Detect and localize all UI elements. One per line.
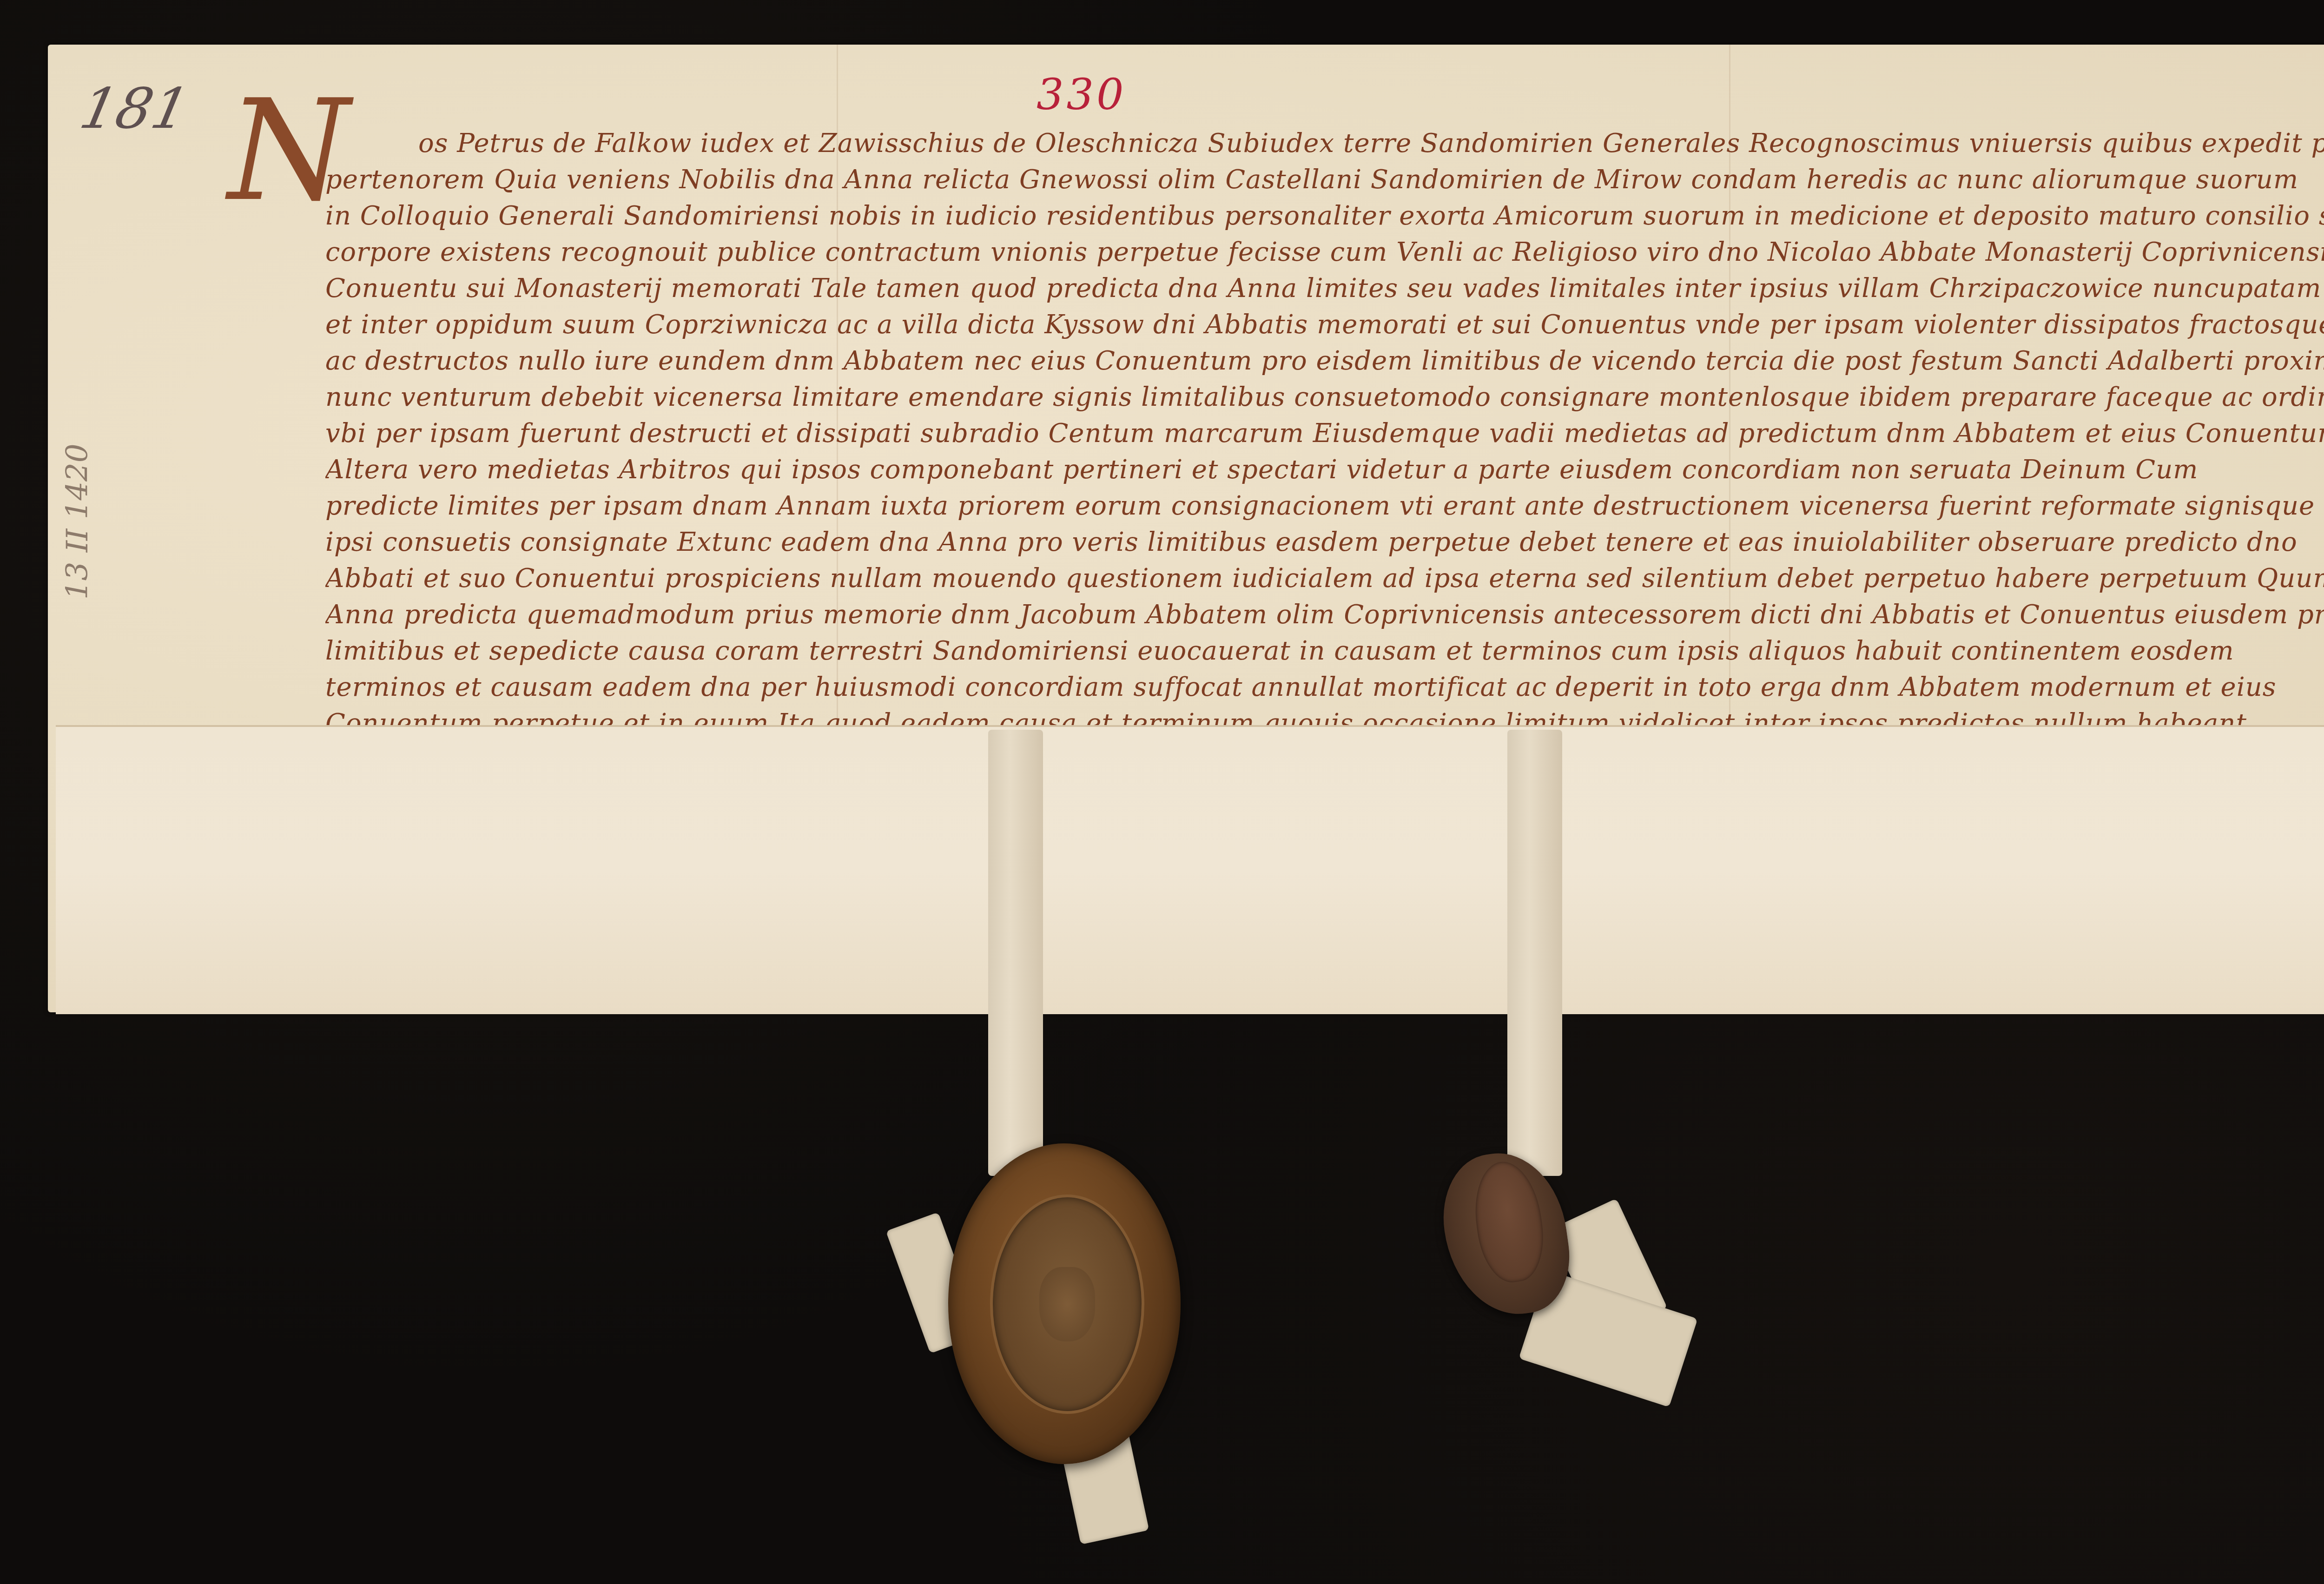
text-line: predicte limites per ipsam dnam Annam iu… [325,488,2324,524]
archive-number: 330 [1037,70,1127,119]
seal-fragment [1468,1157,1550,1286]
text-line: Abbati et suo Conuentui prospiciens null… [325,561,2324,597]
seal-tag-left [988,730,1043,1176]
shelf-mark: 181 [74,77,195,141]
seal-tag-right [1507,730,1562,1176]
text-line: in Colloquio Generali Sandomiriensi nobi… [325,198,2324,234]
margin-date-note: 13 II 1420 [60,443,95,600]
seal-impression [990,1195,1144,1414]
text-line: et inter oppidum suum Coprziwnicza ac a … [325,307,2324,343]
seal-figure-icon [1039,1267,1095,1341]
text-line: nunc venturum debebit vicenersa limitare… [325,379,2324,416]
text-line: ac destructos nullo iure eundem dnm Abba… [325,343,2324,379]
text-line: ipsi consuetis consignate Extunc eadem d… [325,524,2324,561]
text-line: limitibus et sepedicte causa coram terre… [325,633,2324,669]
large-wax-seal [948,1143,1181,1464]
text-line: pertenorem Quia veniens Nobilis dna Anna… [325,162,2324,198]
text-line: Conuentu sui Monasterij memorati Tale ta… [325,271,2324,307]
text-line: os Petrus de Falkow iudex et Zawisschius… [325,125,2324,162]
text-line: Altera vero medietas Arbitros qui ipsos … [325,452,2324,488]
plica-turn-up [56,725,2324,1014]
text-line: Anna predicta quemadmodum prius memorie … [325,597,2324,633]
text-line: vbi per ipsam fuerunt destructi et dissi… [325,416,2324,452]
text-line: terminos et causam eadem dna per huiusmo… [325,669,2324,706]
text-line: corpore existens recognouit publice cont… [325,234,2324,271]
